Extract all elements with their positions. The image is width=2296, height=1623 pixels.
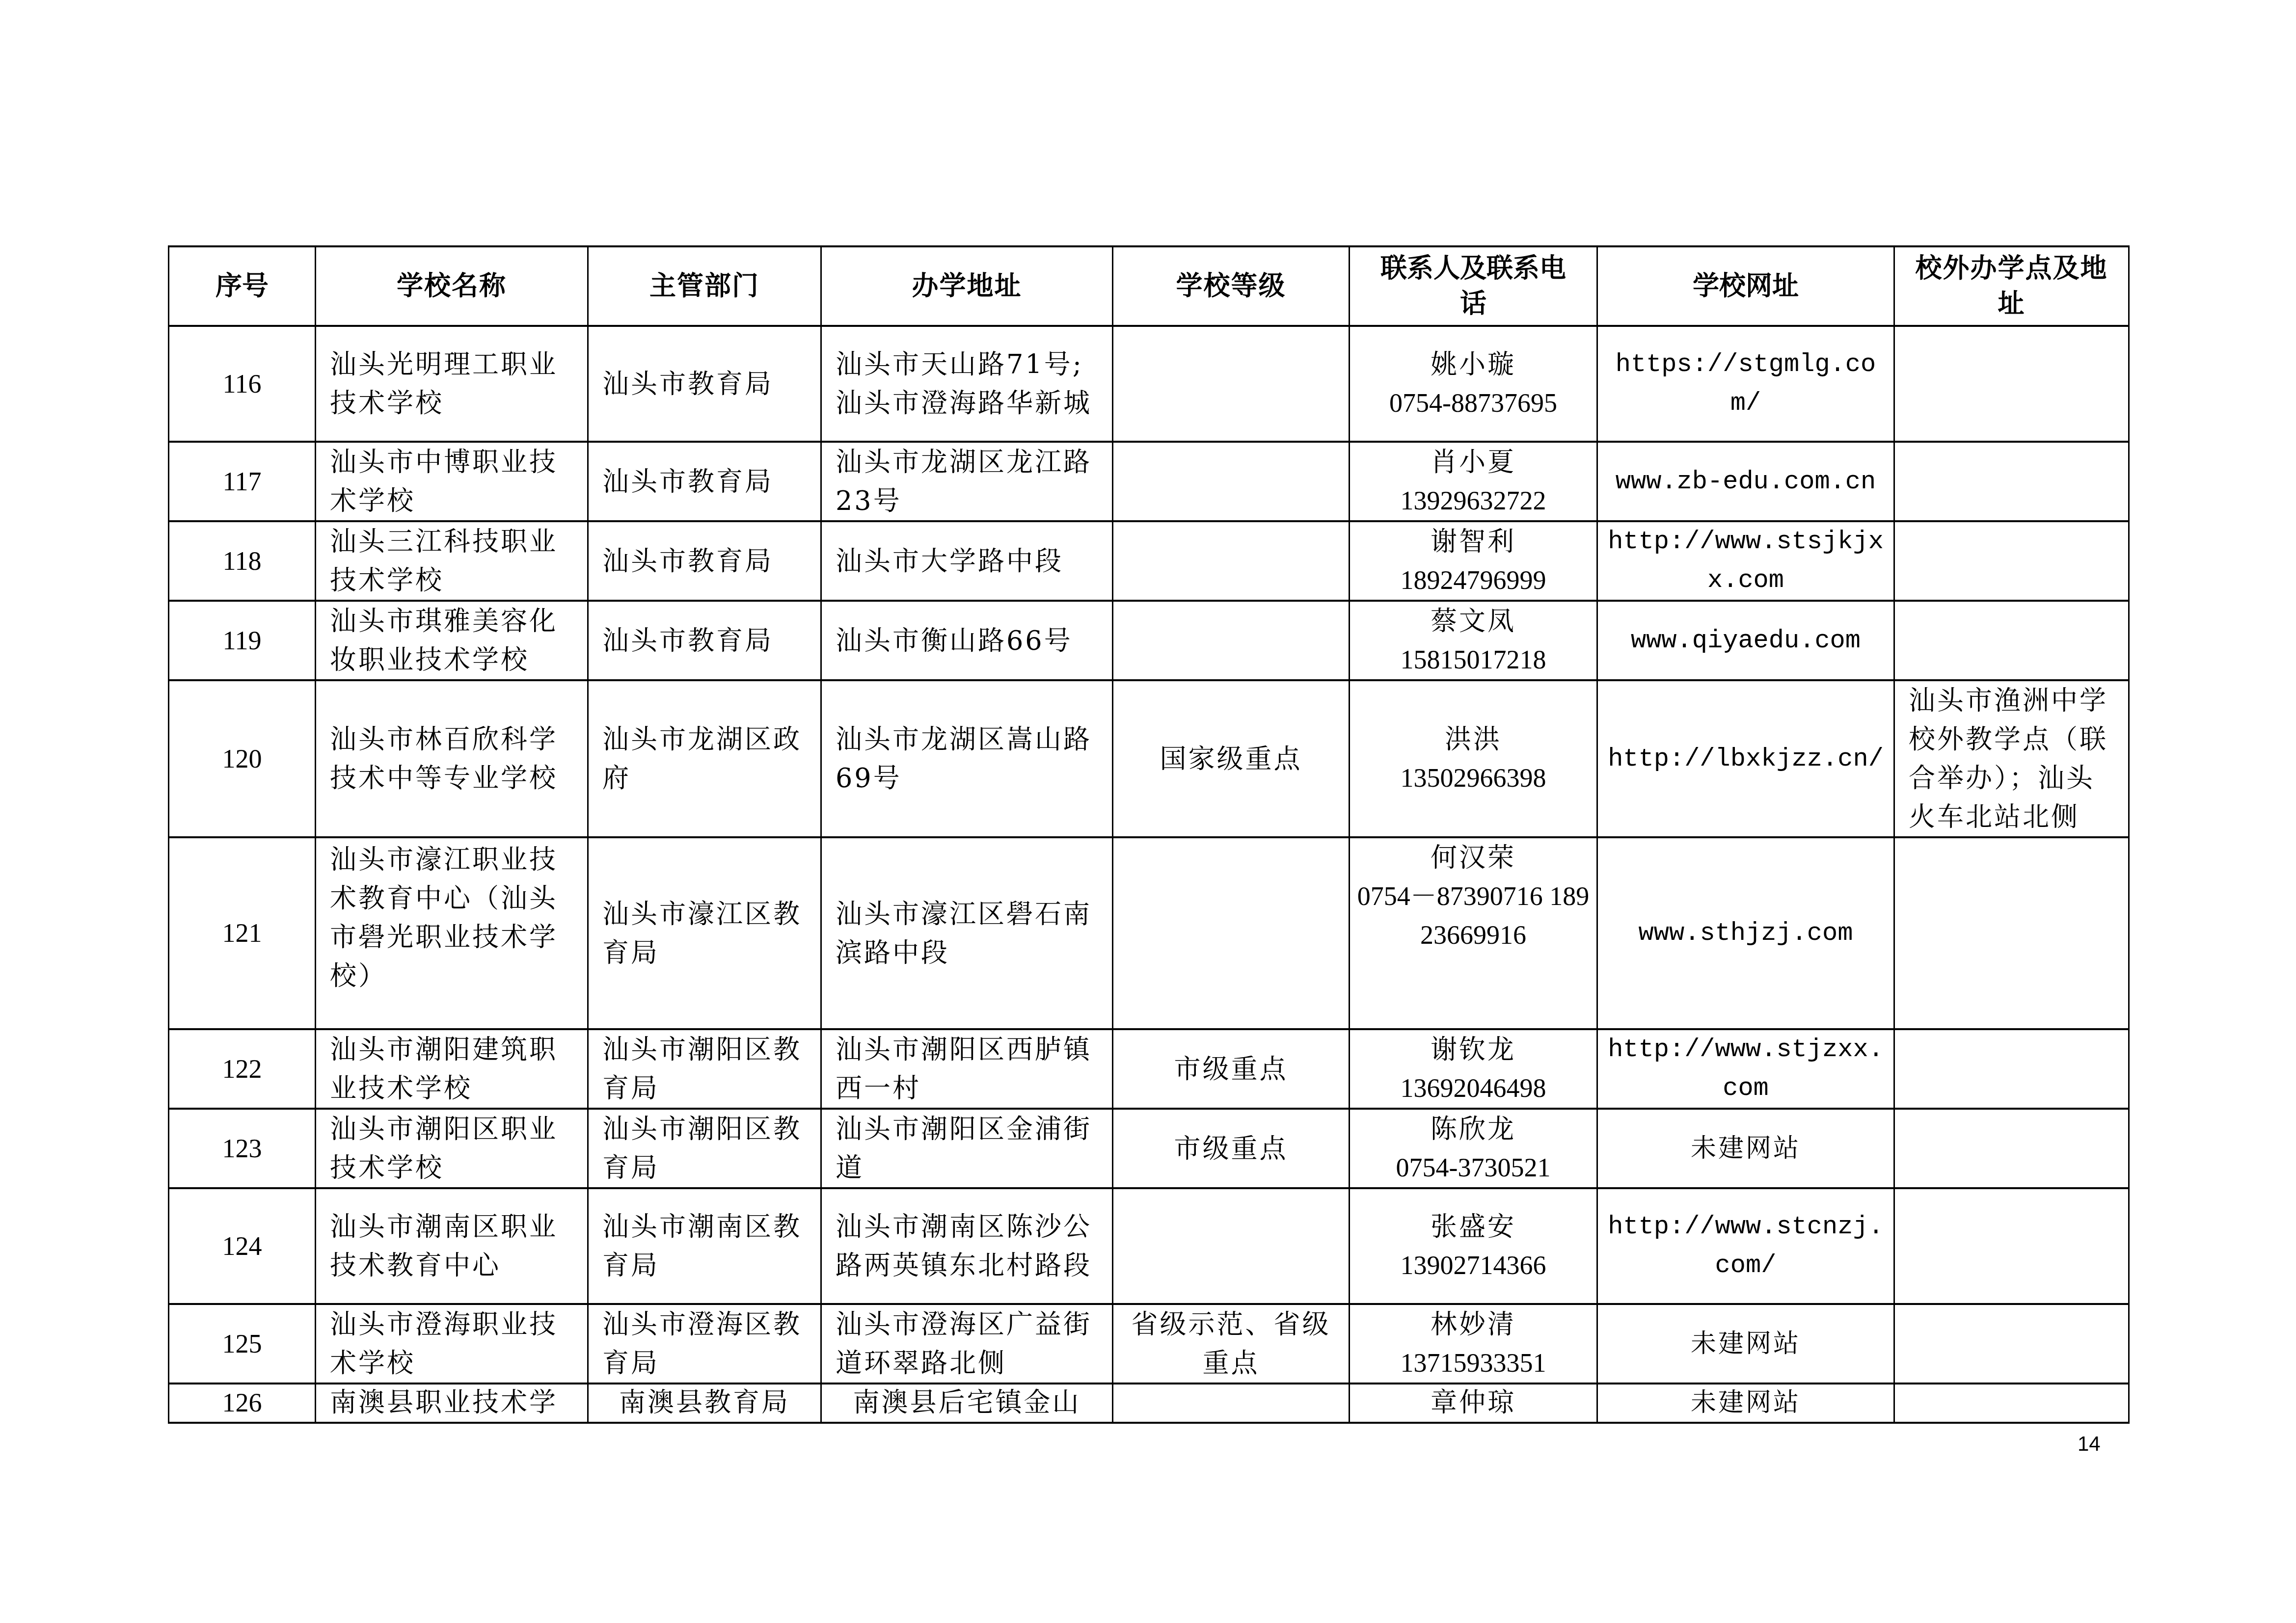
website-link[interactable]: http://lbxkjzz.cn/ [1597,680,1894,837]
website-link[interactable]: www.zb-edu.com.cn [1597,442,1894,521]
website-link[interactable]: http://www.stcnzj.com/ [1597,1188,1894,1304]
school-name: 汕头市潮阳建筑职业技术学校 [316,1029,588,1109]
school-level [1113,521,1350,601]
contact: 姚小璇 0754-88737695 [1350,326,1597,442]
contact: 章仲琼 [1350,1384,1597,1423]
contact-phone: 13715933351 [1353,1344,1594,1383]
contact: 何汉荣 0754－87390716 18923669916 [1350,837,1597,1029]
external-site [1894,1109,2129,1188]
school-name: 汕头市琪雅美容化妆职业技术学校 [316,601,588,680]
school-table: 序号 学校名称 主管部门 办学地址 学校等级 联系人及联系电话 学校网址 校外办… [168,245,2130,1424]
address: 汕头市天山路71号;汕头市澄海路华新城 [821,326,1113,442]
school-level [1113,1384,1350,1423]
row-no: 126 [169,1384,316,1423]
website-link[interactable]: https://stgmlg.com/ [1597,326,1894,442]
department: 汕头市教育局 [588,601,821,680]
row-no: 124 [169,1188,316,1304]
contact: 陈欣龙 0754-3730521 [1350,1109,1597,1188]
contact: 张盛安 13902714366 [1350,1188,1597,1304]
website-link[interactable]: http://www.stsjkjxx.com [1597,521,1894,601]
table-row: 123 汕头市潮阳区职业技术学校 汕头市潮阳区教育局 汕头市潮阳区金浦街道 市级… [169,1109,2129,1188]
external-site [1894,601,2129,680]
address: 汕头市衡山路66号 [821,601,1113,680]
school-level [1113,601,1350,680]
header-name: 学校名称 [316,246,588,326]
school-name: 汕头三江科技职业技术学校 [316,521,588,601]
document-page: 序号 学校名称 主管部门 办学地址 学校等级 联系人及联系电话 学校网址 校外办… [0,0,2296,1623]
department: 汕头市教育局 [588,442,821,521]
contact: 谢智利 18924796999 [1350,521,1597,601]
website-link[interactable]: www.qiyaedu.com [1597,601,1894,680]
table-header-row: 序号 学校名称 主管部门 办学地址 学校等级 联系人及联系电话 学校网址 校外办… [169,246,2129,326]
header-no: 序号 [169,246,316,326]
website-link[interactable]: www.sthjzj.com [1597,837,1894,1029]
contact-person: 何汉荣 [1353,838,1594,877]
department: 南澳县教育局 [588,1384,821,1423]
school-level: 国家级重点 [1113,680,1350,837]
address: 汕头市龙湖区龙江路23号 [821,442,1113,521]
contact-person: 洪洪 [1353,720,1594,759]
contact-phone: 13902714366 [1353,1246,1594,1285]
table-row: 118 汕头三江科技职业技术学校 汕头市教育局 汕头市大学路中段 谢智利 189… [169,521,2129,601]
external-site: 汕头市渔洲中学校外教学点（联合举办）；汕头火车北站北侧 [1894,680,2129,837]
address: 南澳县后宅镇金山 [821,1384,1113,1423]
table-row: 116 汕头光明理工职业技术学校 汕头市教育局 汕头市天山路71号;汕头市澄海路… [169,326,2129,442]
external-site [1894,837,2129,1029]
school-name: 汕头市潮阳区职业技术学校 [316,1109,588,1188]
contact-person: 肖小夏 [1353,443,1594,481]
header-external-site: 校外办学点及地址 [1894,246,2129,326]
table-row: 122 汕头市潮阳建筑职业技术学校 汕头市潮阳区教育局 汕头市潮阳区西胪镇西一村… [169,1029,2129,1109]
contact: 洪洪 13502966398 [1350,680,1597,837]
address: 汕头市潮阳区金浦街道 [821,1109,1113,1188]
school-name: 汕头市林百欣科学技术中等专业学校 [316,680,588,837]
external-site [1894,442,2129,521]
address: 汕头市大学路中段 [821,521,1113,601]
website-link[interactable]: http://www.stjzxx.com [1597,1029,1894,1109]
department: 汕头市潮阳区教育局 [588,1029,821,1109]
address: 汕头市濠江区礐石南滨路中段 [821,837,1113,1029]
contact-phone: 13692046498 [1353,1069,1594,1108]
contact: 蔡文凤 15815017218 [1350,601,1597,680]
contact-person: 陈欣龙 [1353,1110,1594,1148]
school-level [1113,837,1350,1029]
contact-person: 谢钦龙 [1353,1030,1594,1069]
row-no: 118 [169,521,316,601]
school-level [1113,1188,1350,1304]
table-row: 121 汕头市濠江职业技术教育中心（汕头市礐光职业技术学校） 汕头市濠江区教育局… [169,837,2129,1029]
address: 汕头市潮南区陈沙公路两英镇东北村路段 [821,1188,1113,1304]
page-number: 14 [2078,1432,2101,1456]
address: 汕头市龙湖区嵩山路69号 [821,680,1113,837]
contact-person: 姚小璇 [1353,345,1594,384]
contact-phone: 0754－87390716 18923669916 [1353,877,1594,955]
website-status: 未建网站 [1597,1109,1894,1188]
external-site [1894,326,2129,442]
school-name: 汕头市濠江职业技术教育中心（汕头市礐光职业技术学校） [316,837,588,1029]
table-row: 119 汕头市琪雅美容化妆职业技术学校 汕头市教育局 汕头市衡山路66号 蔡文凤… [169,601,2129,680]
external-site [1894,1304,2129,1384]
contact-phone: 0754-88737695 [1353,384,1594,423]
row-no: 122 [169,1029,316,1109]
school-name: 南澳县职业技术学 [316,1384,588,1423]
external-site [1894,1029,2129,1109]
contact-person: 林妙清 [1353,1305,1594,1344]
table-row: 117 汕头市中博职业技术学校 汕头市教育局 汕头市龙湖区龙江路23号 肖小夏 … [169,442,2129,521]
contact-phone: 18924796999 [1353,561,1594,600]
row-no: 120 [169,680,316,837]
row-no: 121 [169,837,316,1029]
contact-phone: 13929632722 [1353,481,1594,520]
header-website: 学校网址 [1597,246,1894,326]
school-level: 省级示范、省级重点 [1113,1304,1350,1384]
table-row: 125 汕头市澄海职业技术学校 汕头市澄海区教育局 汕头市澄海区广益街道环翠路北… [169,1304,2129,1384]
table-row: 124 汕头市潮南区职业技术教育中心 汕头市潮南区教育局 汕头市潮南区陈沙公路两… [169,1188,2129,1304]
website-status: 未建网站 [1597,1304,1894,1384]
contact-person: 谢智利 [1353,522,1594,561]
school-name: 汕头光明理工职业技术学校 [316,326,588,442]
header-contact: 联系人及联系电话 [1350,246,1597,326]
contact-phone: 0754-3730521 [1353,1148,1594,1187]
department: 汕头市濠江区教育局 [588,837,821,1029]
contact-person: 张盛安 [1353,1207,1594,1246]
department: 汕头市潮南区教育局 [588,1188,821,1304]
table-row: 126 南澳县职业技术学 南澳县教育局 南澳县后宅镇金山 章仲琼 未建网站 [169,1384,2129,1423]
school-level: 市级重点 [1113,1109,1350,1188]
department: 汕头市教育局 [588,521,821,601]
header-level: 学校等级 [1113,246,1350,326]
address: 汕头市潮阳区西胪镇西一村 [821,1029,1113,1109]
contact-person: 章仲琼 [1353,1384,1594,1421]
contact: 肖小夏 13929632722 [1350,442,1597,521]
school-level [1113,442,1350,521]
row-no: 125 [169,1304,316,1384]
school-name: 汕头市中博职业技术学校 [316,442,588,521]
address: 汕头市澄海区广益街道环翠路北侧 [821,1304,1113,1384]
department: 汕头市澄海区教育局 [588,1304,821,1384]
row-no: 116 [169,326,316,442]
contact-phone: 13502966398 [1353,759,1594,798]
row-no: 119 [169,601,316,680]
contact: 谢钦龙 13692046498 [1350,1029,1597,1109]
contact: 林妙清 13715933351 [1350,1304,1597,1384]
external-site [1894,521,2129,601]
department: 汕头市潮阳区教育局 [588,1109,821,1188]
website-status: 未建网站 [1597,1384,1894,1423]
school-level [1113,326,1350,442]
row-no: 117 [169,442,316,521]
school-name: 汕头市潮南区职业技术教育中心 [316,1188,588,1304]
header-address: 办学地址 [821,246,1113,326]
contact-phone: 15815017218 [1353,640,1594,679]
school-name: 汕头市澄海职业技术学校 [316,1304,588,1384]
row-no: 123 [169,1109,316,1188]
table-row: 120 汕头市林百欣科学技术中等专业学校 汕头市龙湖区政府 汕头市龙湖区嵩山路6… [169,680,2129,837]
contact-person: 蔡文凤 [1353,602,1594,640]
school-level: 市级重点 [1113,1029,1350,1109]
external-site [1894,1188,2129,1304]
department: 汕头市龙湖区政府 [588,680,821,837]
header-dept: 主管部门 [588,246,821,326]
department: 汕头市教育局 [588,326,821,442]
external-site [1894,1384,2129,1423]
